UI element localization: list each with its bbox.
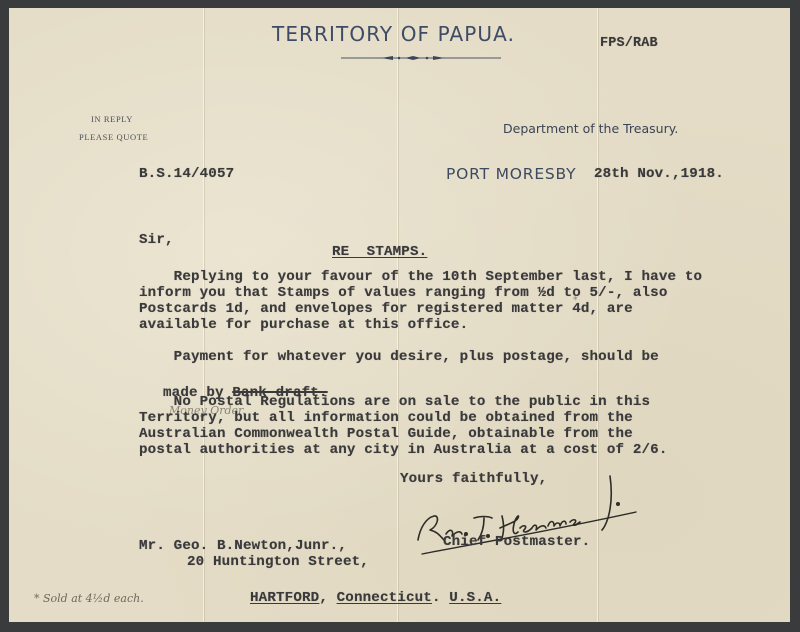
letterhead-title: TERRITORY OF PAPUA.	[272, 22, 515, 46]
recipient-name: Mr. Geo. B.Newton,Junr.,	[139, 538, 347, 554]
subject-line: RE STAMPS.	[332, 244, 427, 260]
text-line: Replying to your favour of the 10th Sept…	[139, 269, 702, 285]
text-line: Payment for whatever you desire, plus po…	[139, 349, 659, 365]
recipient-city: HARTFORD	[250, 590, 319, 606]
letter-date: 28th Nov.,1918.	[594, 166, 724, 182]
text-line: Australian Commonwealth Postal Guide, ob…	[139, 426, 633, 442]
reply-label: IN REPLY	[91, 114, 133, 124]
reference-number: B.S.14/4057	[139, 166, 234, 182]
place-name: PORT MORESBY	[446, 165, 576, 183]
signatory-title: Chief Postmaster.	[443, 534, 590, 550]
text-line: Postcards 1d, and envelopes for register…	[139, 301, 633, 317]
quote-label: PLEASE QUOTE	[79, 132, 148, 142]
recipient-street: 20 Huntington Street,	[187, 554, 369, 570]
annotation-asterisk: *	[573, 296, 578, 306]
text-line: inform you that Stamps of values ranging…	[139, 285, 668, 301]
letter-page: TERRITORY OF PAPUA. FPS/RAB IN REPLY PLE…	[9, 8, 790, 622]
handwritten-footnote: * Sold at 4½d each.	[34, 592, 144, 605]
text-line: No Postal Regulations are on sale to the…	[139, 394, 650, 410]
department-name: Department of the Treasury.	[503, 121, 678, 136]
text-line: postal authorities at any city in Austra…	[139, 442, 668, 458]
recipient-country: U.S.A.	[449, 590, 501, 606]
text-line: available for purchase at this office.	[139, 317, 468, 333]
text-line: Territory, but all information could be …	[139, 410, 633, 426]
ornament-rule-icon	[341, 55, 501, 61]
recipient-city-line: HARTFORD, Connecticut. U.S.A.	[234, 570, 501, 624]
file-reference-tag: FPS/RAB	[600, 36, 658, 51]
salutation: Sir,	[139, 232, 174, 248]
recipient-state: Connecticut	[337, 590, 432, 606]
